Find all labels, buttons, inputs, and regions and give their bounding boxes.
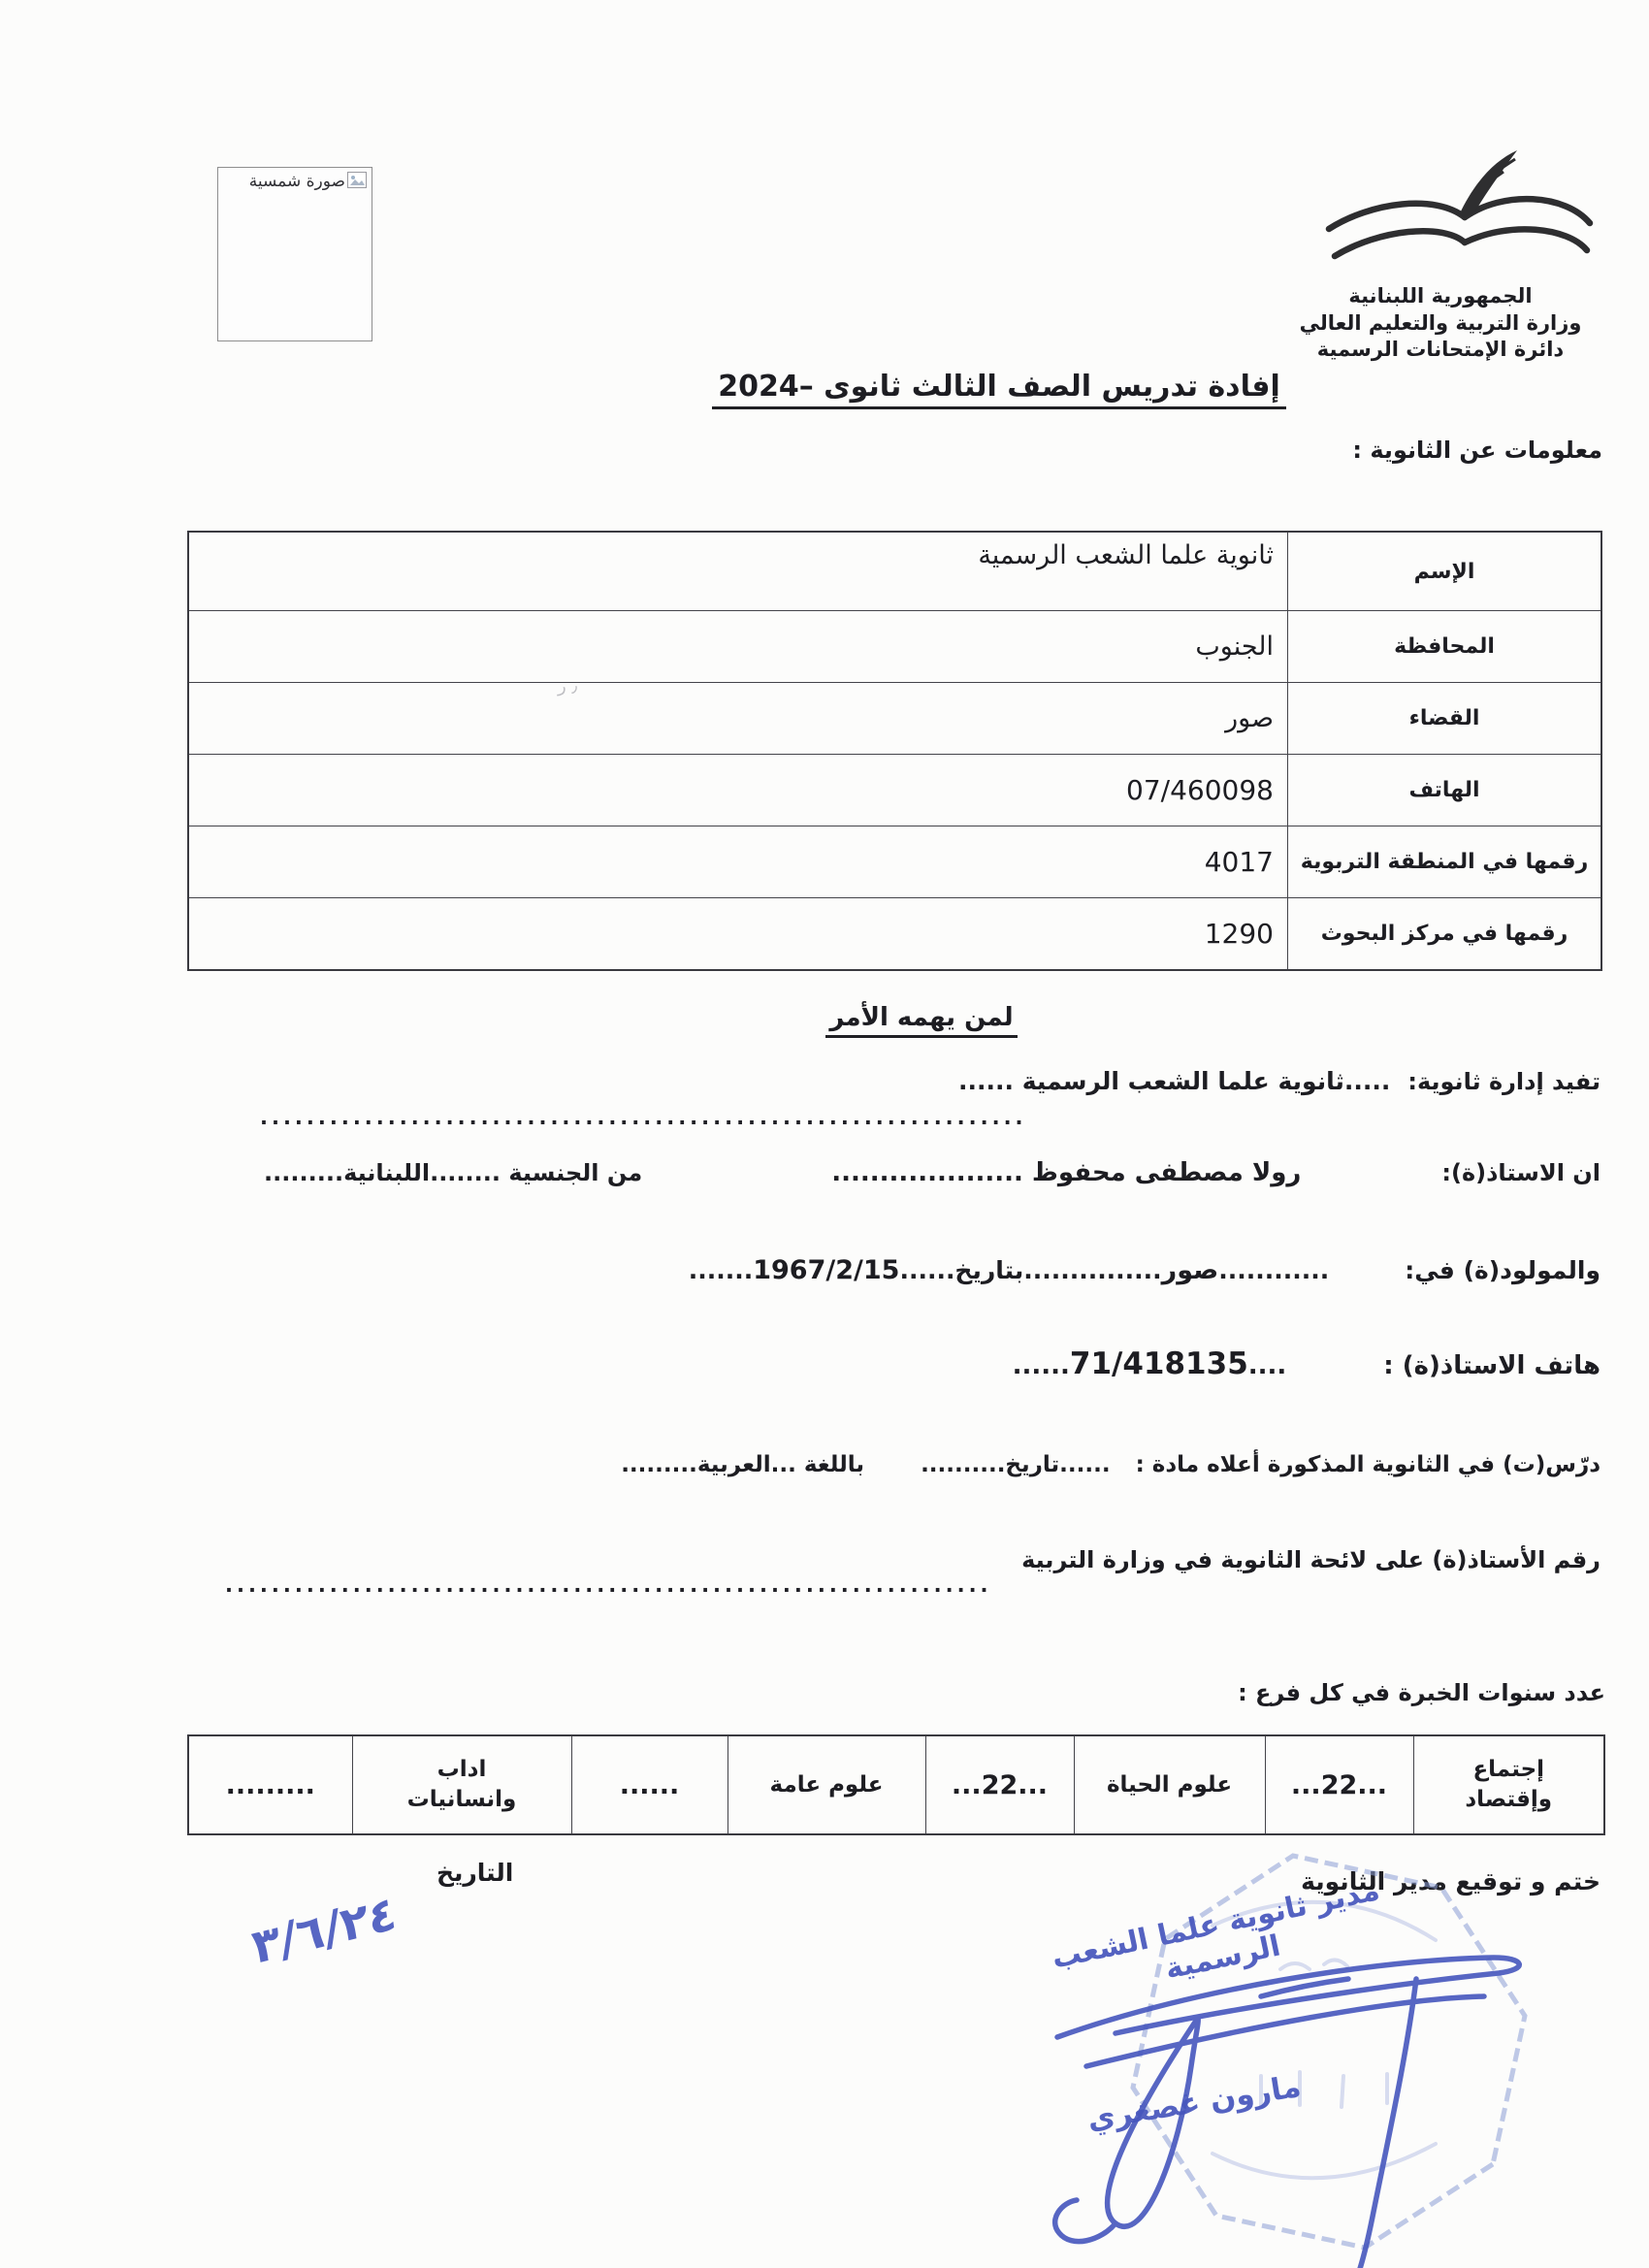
teacher-name: رولا مصطفى محفوظ .................... [831,1158,1301,1187]
header-ministry: وزارة التربية والتعليم العالي [1256,310,1625,338]
ministry-header: الجمهورية اللبنانية وزارة التربية والتعل… [1256,283,1625,364]
document-title: إفادة تدريس الصف الثالث ثانوى –2024 [669,370,1329,404]
table-row: رقمها في مركز البحوث 1290 [188,898,1601,971]
certify-school-name: .....ثانوية علما الشعب الرسمية ...... [958,1067,1390,1095]
handwritten-date: ٣/٦/٢٤ [248,1886,400,1976]
header-department: دائرة الإمتحانات الرسمية [1256,337,1625,364]
broken-image-icon [347,172,367,188]
table-row: رقمها في المنطقة التربوية 4017 [188,826,1601,898]
list-number-dots-line: ........................................… [225,1573,989,1597]
row-value-phone: 07/460098 [188,755,1288,826]
school-info-table: الإسم ثانوية علما الشعب الرسمية المحافظة… [187,531,1602,971]
row-value-governorate: الجنوب [188,611,1288,683]
teacher-phone-line: هاتف الاستاذ(ة) :....71/418135...... [1013,1346,1600,1381]
row-value-research-number: 1290 [188,898,1288,971]
exp-branch-life-sciences: علوم الحياة [1074,1735,1265,1834]
table-row: الهاتف 07/460098 [188,755,1601,826]
row-label-research-number: رقمها في مركز البحوث [1288,898,1602,971]
photo-box-label: صورة شمسية [249,172,345,191]
list-number-line: رقم الأستاذ(ة) على لائحة الثانوية في وزا… [1021,1546,1600,1573]
birth-place: صور [1162,1255,1219,1285]
subject-value: ......تاريخ.......... [921,1452,1111,1477]
letter-heading: لمن يهمه الأمر [713,1003,1130,1032]
row-value-district: صور [188,683,1288,755]
table-row: القضاء صور [188,683,1601,755]
row-label-district: القضاء [1288,683,1602,755]
certify-dots-line: ........................................… [260,1106,1028,1129]
teacher-label: ان الاستاذ(ة): [1441,1159,1600,1186]
certify-line: تفيد إدارة ثانوية:.....ثانوية علما الشعب… [958,1067,1600,1095]
table-row: المحافظة الجنوب [188,611,1601,683]
row-label-governorate: المحافظة [1288,611,1602,683]
exp-branch-humanities: اداب وانسانيات [352,1735,571,1834]
exp-years-socio-economics: ...22... [1265,1735,1413,1834]
row-value-district-number: 4017 [188,826,1288,898]
teacher-phone-number: 71/418135 [1070,1346,1248,1381]
row-label-phone: الهاتف [1288,755,1602,826]
certify-label: تفيد إدارة ثانوية: [1407,1068,1600,1095]
birth-date: 1967/2/15 [753,1255,899,1285]
exp-branch-socio-economics: إجتماع وإقتصاد [1413,1735,1604,1834]
row-label-district-number: رقمها في المنطقة التربوية [1288,826,1602,898]
subject-label: درّس(ت) في الثانوية المذكورة أعلاه مادة … [1136,1452,1600,1477]
experience-row: إجتماع وإقتصاد ...22... علوم الحياة ...2… [188,1735,1604,1834]
exp-branch-general-sciences: علوم عامة [727,1735,925,1834]
photo-placeholder-box: صورة شمسية [217,167,372,341]
language-value: باللغة ...العربية......... [621,1452,864,1477]
exp-years-general-sciences: ...... [571,1735,727,1834]
teacher-nationality: من الجنسية ........اللبنانية......... [264,1159,642,1186]
birth-line: والمولود(ة) في:............صور..........… [689,1255,1600,1285]
date-heading: التاريخ [436,1859,513,1887]
experience-heading: عدد سنوات الخبرة في كل فرع : [1238,1679,1605,1706]
row-value-name: ثانوية علما الشعب الرسمية [188,532,1288,611]
experience-table: إجتماع وإقتصاد ...22... علوم الحياة ...2… [187,1734,1605,1835]
exp-years-humanities: ......... [188,1735,352,1834]
birth-label: والمولود(ة) في: [1405,1256,1600,1284]
school-info-heading: معلومات عن الثانوية : [1352,437,1602,464]
ministry-book-quill-logo-icon [1311,146,1602,283]
header-republic: الجمهورية اللبنانية [1256,283,1625,310]
exp-years-life-sciences: ...22... [925,1735,1074,1834]
row-label-name: الإسم [1288,532,1602,611]
teacher-phone-label: هاتف الاستاذ(ة) : [1383,1351,1600,1380]
table-row: الإسم ثانوية علما الشعب الرسمية [188,532,1601,611]
teacher-line: ان الاستاذ(ة):رولا مصطفى محفوظ .........… [264,1158,1600,1187]
subject-line: درّس(ت) في الثانوية المذكورة أعلاه مادة … [621,1452,1600,1477]
scanned-form-page: صورة شمسية الجمهورية اللبنانية وزارة الت… [0,0,1649,2268]
